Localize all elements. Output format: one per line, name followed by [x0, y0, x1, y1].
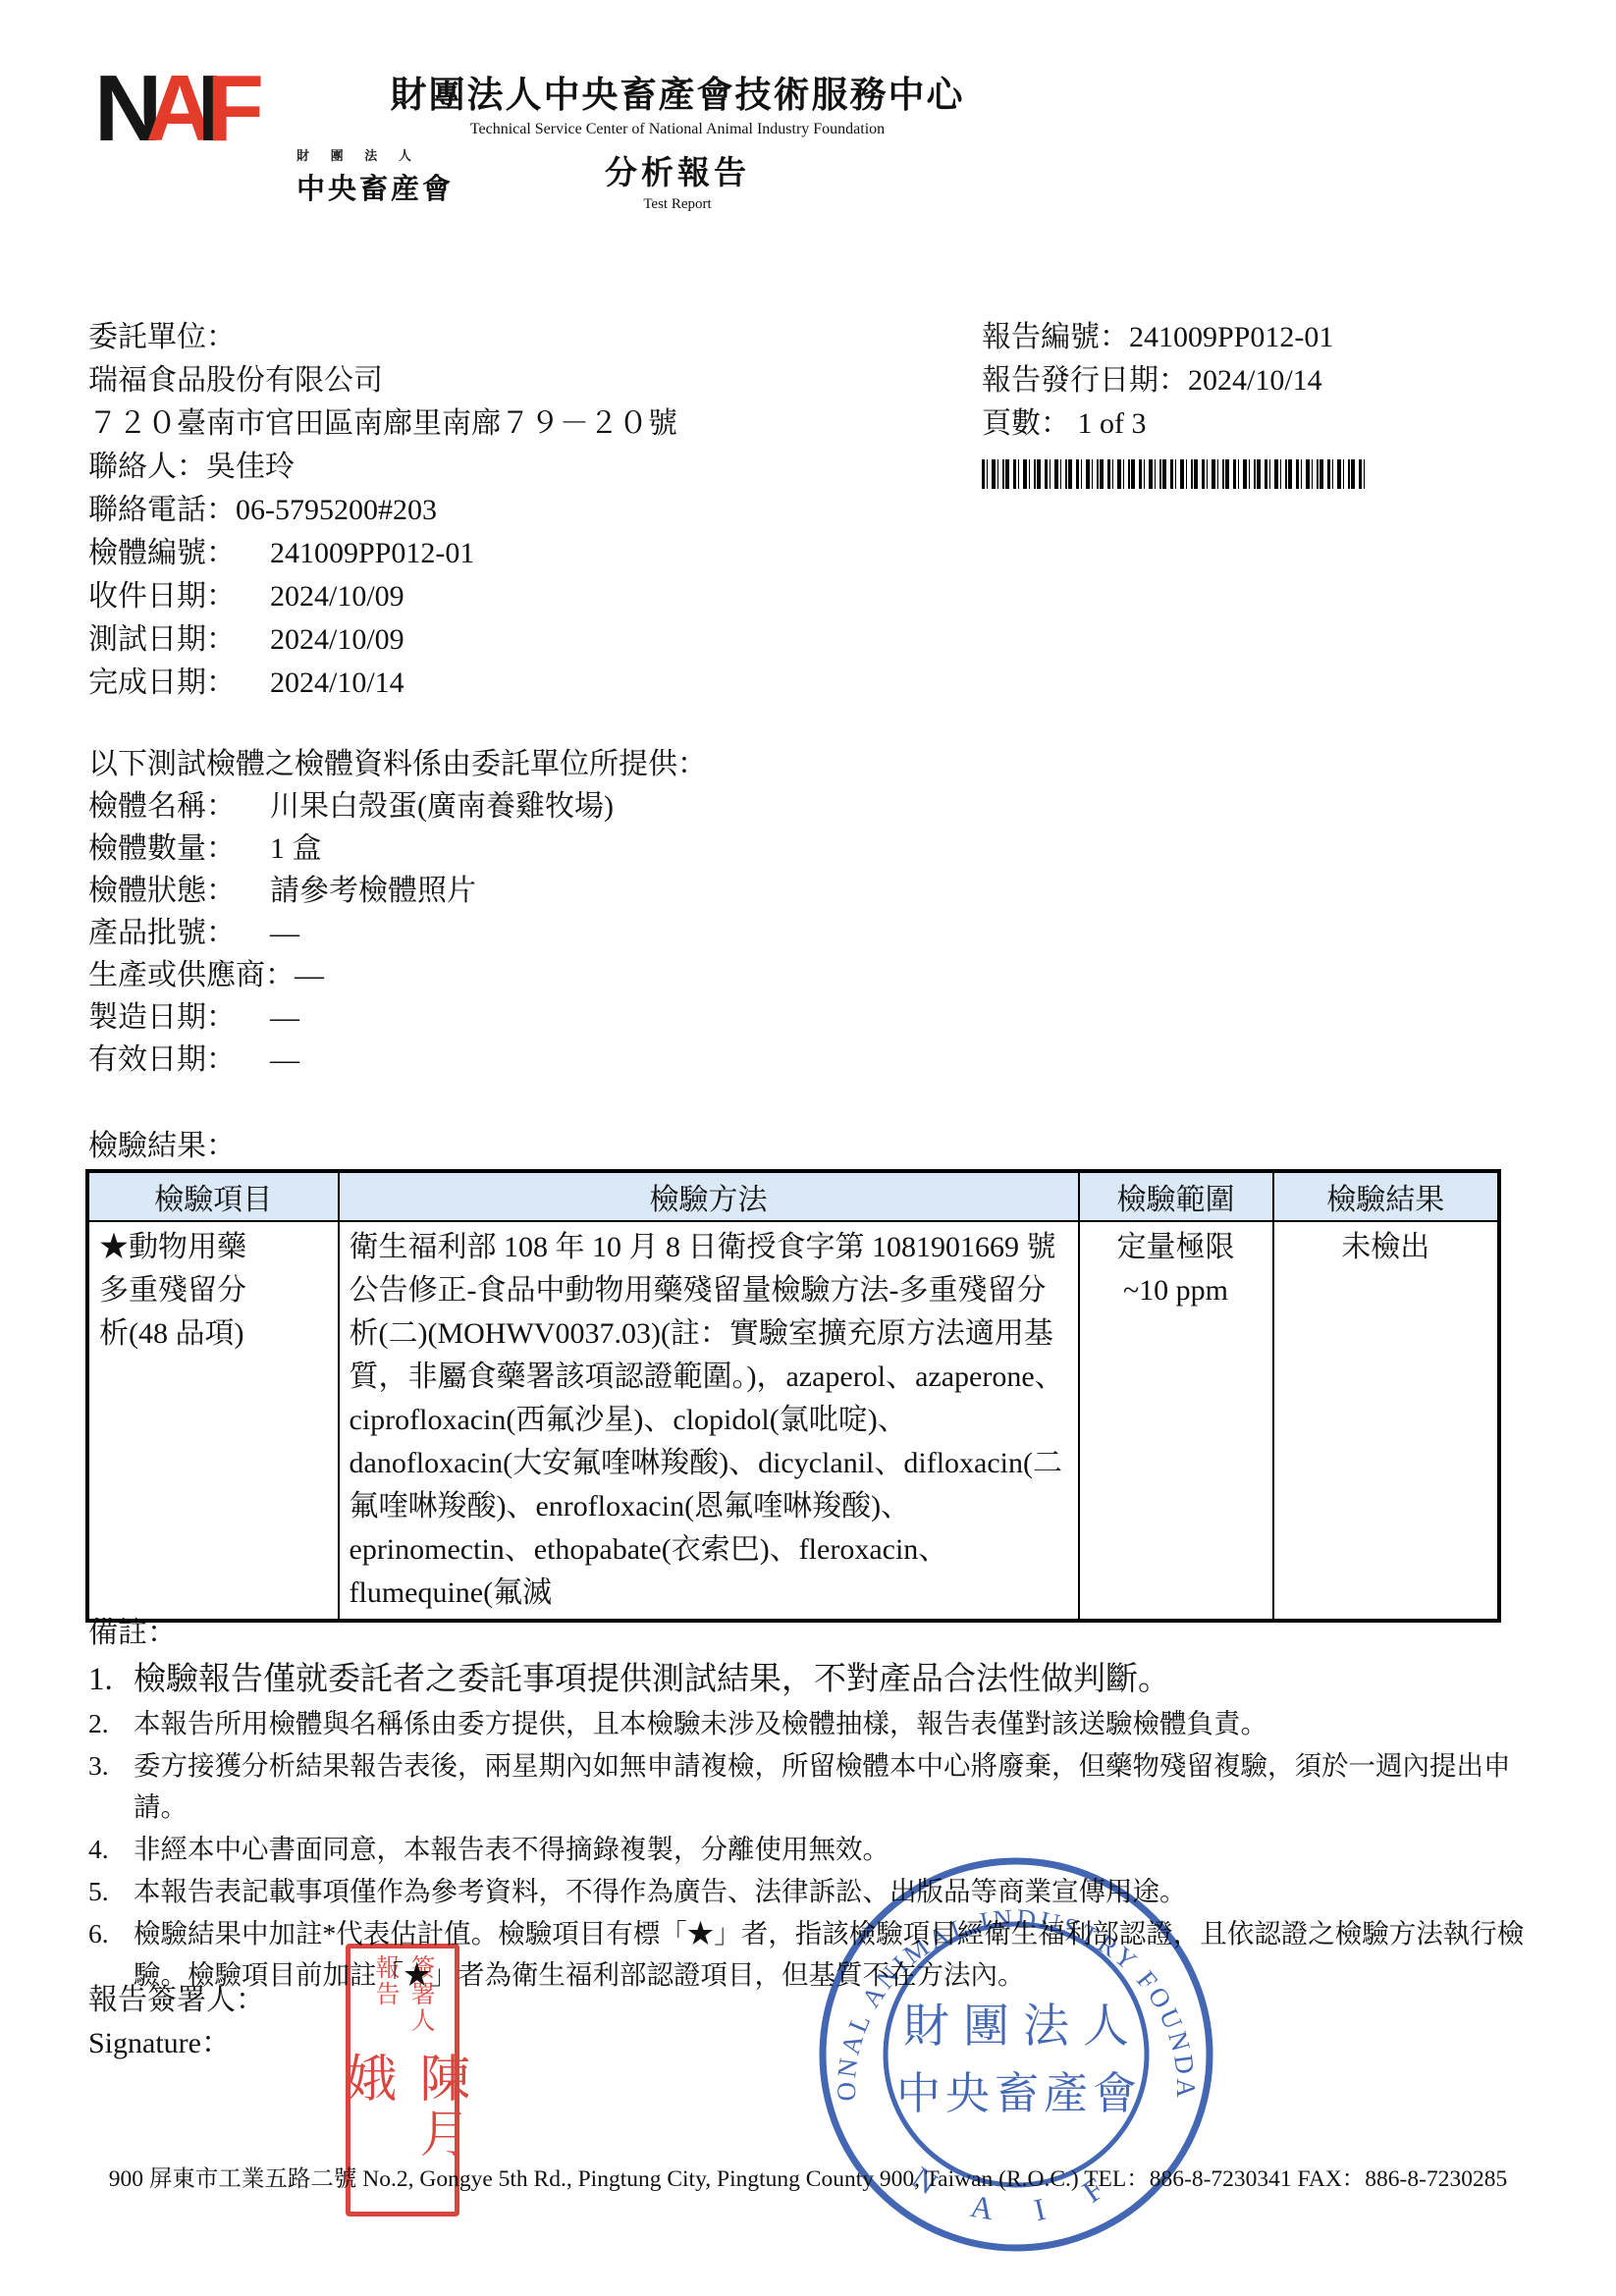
report-info: 報告編號：241009PP012-01 報告發行日期：2024/10/14 頁數…: [982, 316, 1532, 489]
client-line: ７２０臺南市官田區南廍里南廍７９－２０號: [88, 402, 952, 446]
note-text: 檢驗報告僅就委託者之委託事項提供測試結果，不對產品合法性做判斷。: [134, 1657, 1170, 1702]
field-value: 1 盒: [270, 832, 322, 865]
range-line2: ~10 ppm: [1080, 1269, 1272, 1312]
stamp-inner-ring: [886, 1924, 1147, 2185]
footer-address: 900 屏東市工業五路二號 No.2, Gongye 5th Rd., Ping…: [0, 2160, 1616, 2193]
field-value: 2024/10/09: [270, 623, 404, 656]
test-report-page: NAIF 財 團 法 人 中央畜産會 財團法人中央畜產會技術服務中心 Techn…: [0, 0, 1616, 2296]
note-item-1: 1.檢驗報告僅就委託者之委託事項提供測試結果，不對產品合法性做判斷。: [88, 1657, 1539, 1702]
signatory-label-zh: 報告簽署人：: [88, 1975, 265, 2018]
red-stamp-title-left: 報告: [367, 1954, 403, 2050]
field-expiry-date: 有效日期：—: [88, 1039, 1070, 1081]
results-header-row: 檢驗項目 檢驗方法 檢驗範圍 檢驗結果: [88, 1172, 1499, 1221]
field-label: 檢體編號：: [88, 532, 270, 575]
logo-letter-a: A: [145, 56, 196, 161]
logo-letter-n: N: [94, 56, 145, 161]
col-header-result: 檢驗結果: [1273, 1172, 1499, 1221]
field-label: 製造日期：: [88, 996, 270, 1039]
note-item-6: 6.檢驗結果中加註*代表估計值。檢驗項目有標「★」者，指該檢驗項目經衛生福利部認…: [88, 1913, 1539, 1996]
client-info: 委託單位： 瑞福食品股份有限公司 ７２０臺南市官田區南廍里南廍７９－２０號 聯絡…: [88, 316, 952, 705]
client-line: 瑞福食品股份有限公司: [88, 359, 952, 402]
note-item-3: 3.委方接獲分析結果報告表後，兩星期內如無申請複檢，所留檢體本中心將廢棄，但藥物…: [88, 1745, 1539, 1828]
red-stamp-title-right: 簽署人: [403, 1954, 438, 2050]
cell-test-method: 衛生福利部 108 年 10 月 8 日衛授食字第 1081901669 號公告…: [339, 1221, 1079, 1621]
results-section-label: 檢驗結果：: [88, 1121, 236, 1164]
col-header-item: 檢驗項目: [88, 1172, 339, 1221]
field-issue-date: 報告發行日期：2024/10/14: [982, 359, 1532, 402]
note-item-5: 5.本報告表記載事項僅作為參考資料，不得作為廣告、法律訴訟、出版品等商業宣傳用途…: [88, 1871, 1539, 1912]
field-value: 2024/10/14: [270, 667, 404, 699]
field-label: 報告發行日期：: [982, 364, 1188, 397]
cell-test-result: 未檢出: [1273, 1221, 1499, 1621]
org-title: 財團法人中央畜產會技術服務中心: [275, 65, 1080, 118]
title-block: 財團法人中央畜產會技術服務中心 Technical Service Center…: [275, 65, 1080, 213]
note-text: 本報告所用檢體與名稱係由委方提供，且本檢驗未涉及檢體抽樣，報告表僅對該送驗檢體負…: [134, 1703, 1267, 1744]
field-value: 川果白殼蛋(廣南養雞牧場): [270, 790, 614, 823]
field-value: 請參考檢體照片: [270, 875, 476, 907]
note-item-4: 4.非經本中心書面同意，本報告表不得摘錄複製，分離使用無效。: [88, 1829, 1539, 1870]
field-value: —: [270, 1001, 299, 1034]
field-label: 檢體數量：: [88, 828, 270, 870]
field-value: —: [270, 917, 299, 949]
field-label: 有效日期：: [88, 1039, 270, 1081]
field-report-no: 報告編號：241009PP012-01: [982, 316, 1532, 359]
blue-foundation-stamp: NATIONAL ANIMAL INDUSTRY FOUNDATION N A …: [815, 1853, 1217, 2256]
naif-logo-icon: NAIF: [94, 57, 247, 161]
field-value: 1 of 3: [1070, 407, 1147, 440]
field-label: 報告編號：: [982, 321, 1129, 353]
results-table: 檢驗項目 檢驗方法 檢驗範圍 檢驗結果 ★動物用藥多重殘留分析(48 品項) 衛…: [86, 1170, 1500, 1622]
field-label: 檢體狀態：: [88, 870, 270, 912]
note-number: 4.: [88, 1829, 134, 1870]
client-line: 委託單位：: [88, 316, 952, 359]
cell-test-item: ★動物用藥多重殘留分析(48 品項): [88, 1221, 339, 1621]
barcode: [982, 459, 1365, 489]
field-page-count: 頁數： 1 of 3: [982, 402, 1532, 446]
table-row: ★動物用藥多重殘留分析(48 品項) 衛生福利部 108 年 10 月 8 日衛…: [88, 1221, 1499, 1621]
note-item-2: 2.本報告所用檢體與名稱係由委方提供，且本檢驗未涉及檢體抽樣，報告表僅對該送驗檢…: [88, 1703, 1539, 1744]
client-line: 聯絡人：吳佳玲: [88, 446, 952, 489]
signatory-label-en: Signature：: [88, 2018, 231, 2061]
field-label: 檢體名稱：: [88, 785, 270, 828]
field-value: —: [295, 959, 324, 991]
field-value: 241009PP012-01: [1129, 321, 1333, 353]
svg-text:NATIONAL ANIMAL INDUSTRY FOUND: NATIONAL ANIMAL INDUSTRY FOUNDATION: [815, 1853, 1201, 2102]
field-completed-date: 完成日期：2024/10/14: [88, 662, 952, 705]
field-mfg-date: 製造日期：—: [88, 996, 1070, 1039]
field-value: 241009PP012-01: [270, 537, 474, 569]
note-number: 1.: [88, 1657, 134, 1702]
report-title: 分析報告: [275, 147, 1080, 193]
client-line: 聯絡電話：06-5795200#203: [88, 489, 952, 532]
field-value: 2024/10/14: [1188, 364, 1322, 397]
logo-letter-i: I: [197, 56, 207, 161]
note-number: 2.: [88, 1703, 134, 1744]
field-value: —: [270, 1043, 299, 1076]
note-number: 3.: [88, 1745, 134, 1828]
field-value: 2024/10/09: [270, 580, 404, 613]
logo-letter-f: F: [206, 56, 247, 161]
note-number: 5.: [88, 1871, 134, 1912]
field-label: 生產或供應商：: [88, 954, 295, 996]
stamp-center-line1: 財團法人: [903, 2002, 1143, 2053]
note-text: 委方接獲分析結果報告表後，兩星期內如無申請複檢，所留檢體本中心將廢棄，但藥物殘留…: [134, 1745, 1539, 1828]
stamp-ring-text: NATIONAL ANIMAL INDUSTRY FOUNDATION: [815, 1853, 1201, 2102]
sample-info: 以下測試檢體之檢體資料係由委託單位所提供： 檢體名稱：川果白殼蛋(廣南養雞牧場)…: [88, 743, 1070, 1081]
field-sample-qty: 檢體數量：1 盒: [88, 828, 1070, 870]
col-header-range: 檢驗範圍: [1079, 1172, 1273, 1221]
range-line1: 定量極限: [1080, 1226, 1272, 1269]
cell-test-range: 定量極限 ~10 ppm: [1079, 1221, 1273, 1621]
field-sample-name: 檢體名稱：川果白殼蛋(廣南養雞牧場): [88, 785, 1070, 828]
field-label: 收件日期：: [88, 575, 270, 618]
field-test-date: 測試日期：2024/10/09: [88, 618, 952, 662]
notes-label: 備註：: [88, 1614, 1539, 1653]
field-label: 頁數：: [982, 407, 1070, 440]
field-sample-id: 檢體編號：241009PP012-01: [88, 532, 952, 575]
field-sample-state: 檢體狀態：請參考檢體照片: [88, 870, 1070, 912]
field-label: 完成日期：: [88, 662, 270, 705]
field-received-date: 收件日期：2024/10/09: [88, 575, 952, 618]
report-subtitle: Test Report: [275, 196, 1080, 213]
field-label: 測試日期：: [88, 618, 270, 662]
org-subtitle: Technical Service Center of National Ani…: [275, 121, 1080, 138]
field-supplier: 生產或供應商：—: [88, 954, 1070, 996]
notes-section: 備註： 1.檢驗報告僅就委託者之委託事項提供測試結果，不對產品合法性做判斷。 2…: [88, 1614, 1539, 1996]
red-stamp-title: 簽署人 報告: [367, 1954, 438, 2050]
field-label: 產品批號：: [88, 912, 270, 954]
stamp-center-line2: 中央畜產會: [896, 2069, 1142, 2118]
sample-intro: 以下測試檢體之檢體資料係由委託單位所提供：: [88, 743, 1070, 785]
note-text: 非經本中心書面同意，本報告表不得摘錄複製，分離使用無效。: [134, 1829, 889, 1870]
col-header-method: 檢驗方法: [339, 1172, 1079, 1221]
field-batch-no: 產品批號：—: [88, 912, 1070, 954]
